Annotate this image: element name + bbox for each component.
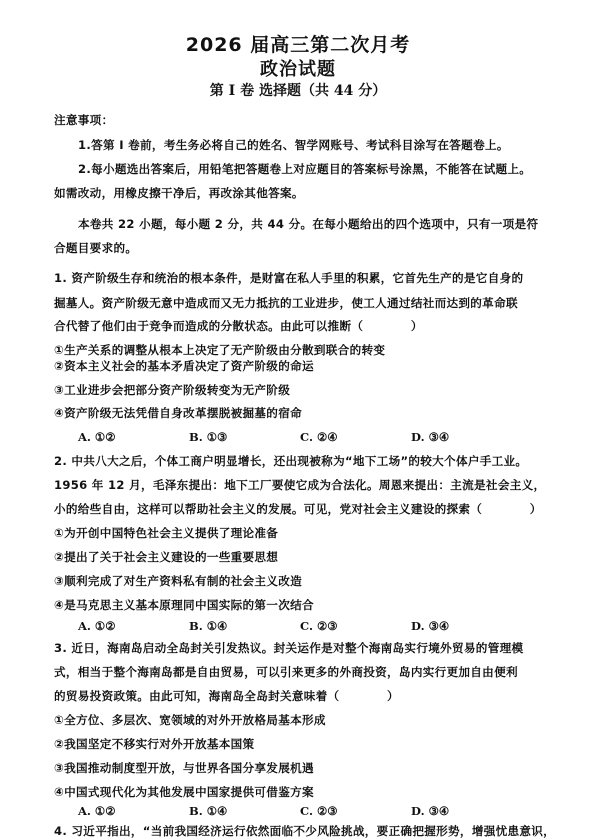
statement: ①生产关系的调整从根本上决定了无产阶级由分散到联合的转变	[54, 342, 385, 358]
statement: ①全方位、多层次、宽领域的对外开放格局基本形成	[54, 712, 326, 728]
question-stem-line: 1. 资产阶级生存和统治的根本条件，是财富在私人手里的积累，它首先生产的是它自身…	[54, 270, 523, 286]
option-a: A. ①②	[78, 619, 116, 633]
statement: ③我国推动制度型开放，与世界各国分享发展机遇	[54, 760, 314, 776]
option-d: D. ③④	[411, 619, 449, 633]
question-stem-line: 式，相当于整个海南岛都是自由贸易，可以引来更多的外商投资，岛内实行更加自由便利	[54, 664, 518, 680]
statement: ①为开创中国特色社会主义提供了理论准备	[54, 525, 278, 541]
statement: ④是马克思主义基本原理同中国实际的第一次结合	[54, 597, 314, 613]
statement: ②提出了关于社会主义建设的一些重要思想	[54, 549, 278, 565]
question-stem-line: 2. 中共八大之后，个体工商户明显增长，还出现被称为“地下工场”的较大个体户手工…	[54, 453, 527, 469]
option-d: D. ③④	[411, 430, 449, 444]
question-stem-line: 合代替了他们由于竞争而造成的分散状态。由此可以推断（ ）	[54, 318, 423, 334]
statement: ②我国坚定不移实行对外开放基本国策	[54, 736, 254, 752]
statement: ③工业进步会把部分资产阶级转变为无产阶级	[54, 382, 290, 398]
instructions-line-2: 合题目要求的。	[54, 240, 137, 256]
question-stem-line: 小的给些自由，这样可以帮助社会主义的发展。可见，党对社会主义建设的探索（ ）	[54, 501, 542, 517]
statement: ④资产阶级无法凭借自身改革摆脱被掘墓的宿命	[54, 405, 302, 421]
exam-title: 2026 届高三第二次月考	[0, 30, 596, 57]
option-b: B. ①③	[189, 430, 227, 444]
instructions-line-1: 本卷共 22 小题，每小题 2 分，共 44 分。在每小题给出的四个选项中，只有…	[78, 216, 538, 232]
answer-options: A. ①② B. ①④ C. ②③ D. ③④	[78, 804, 498, 820]
option-a: A. ①②	[78, 430, 116, 444]
option-b: B. ①④	[189, 619, 227, 633]
option-c: C. ②③	[300, 804, 338, 818]
statement: ③顺利完成了对生产资料私有制的社会主义改造	[54, 573, 302, 589]
exam-page: 2026 届高三第二次月考 政治试题 第 I 卷 选择题（共 44 分） 注意事…	[0, 0, 596, 840]
section-title: 第 I 卷 选择题（共 44 分）	[0, 80, 596, 100]
option-d: D. ③④	[411, 804, 449, 818]
question-stem-line: 掘墓人。资产阶级无意中造成而又无力抵抗的工业进步，使工人通过结社而达到的革命联	[54, 295, 518, 311]
notice-heading: 注意事项：	[54, 112, 113, 128]
notice-item-2: 2.每小题选出答案后，用铅笔把答题卷上对应题目的答案标号涂黑，不能答在试题上。	[78, 161, 531, 177]
option-c: C. ②④	[300, 430, 338, 444]
statement: ②资本主义社会的基本矛盾决定了资产阶级的命运	[54, 358, 314, 374]
question-stem-line: 4. 习近平指出，“当前我国经济运行依然面临不少风险挑战，要正确把握形势，增强忧…	[54, 823, 555, 839]
notice-item-2-cont: 如需改动，用橡皮擦干净后，再改涂其他答案。	[54, 185, 304, 201]
question-stem-line: 1956 年 12 月，毛泽东提出：地下工厂要使它成为合法化。周恩来提出：主流是…	[54, 477, 545, 493]
statement: ④中国式现代化为其他发展中国家提供可借鉴方案	[54, 784, 314, 800]
exam-subject: 政治试题	[0, 55, 596, 81]
option-b: B. ①④	[189, 804, 227, 818]
answer-options: A. ①② B. ①④ C. ②③ D. ③④	[78, 619, 498, 635]
option-c: C. ②③	[300, 619, 338, 633]
notice-item-1: 1.答第 I 卷前，考生务必将自己的姓名、智学网账号、考试科目涂写在答题卷上。	[78, 137, 509, 153]
question-stem-line: 3. 近日，海南岛启动全岛封关引发热议。封关运作是对整个海南岛实行境外贸易的管理…	[54, 640, 523, 656]
option-a: A. ①②	[78, 804, 116, 818]
question-stem-line: 的贸易投资政策。由此可知，海南岛全岛封关意味着（ ）	[54, 688, 399, 704]
answer-options: A. ①② B. ①③ C. ②④ D. ③④	[78, 430, 498, 446]
